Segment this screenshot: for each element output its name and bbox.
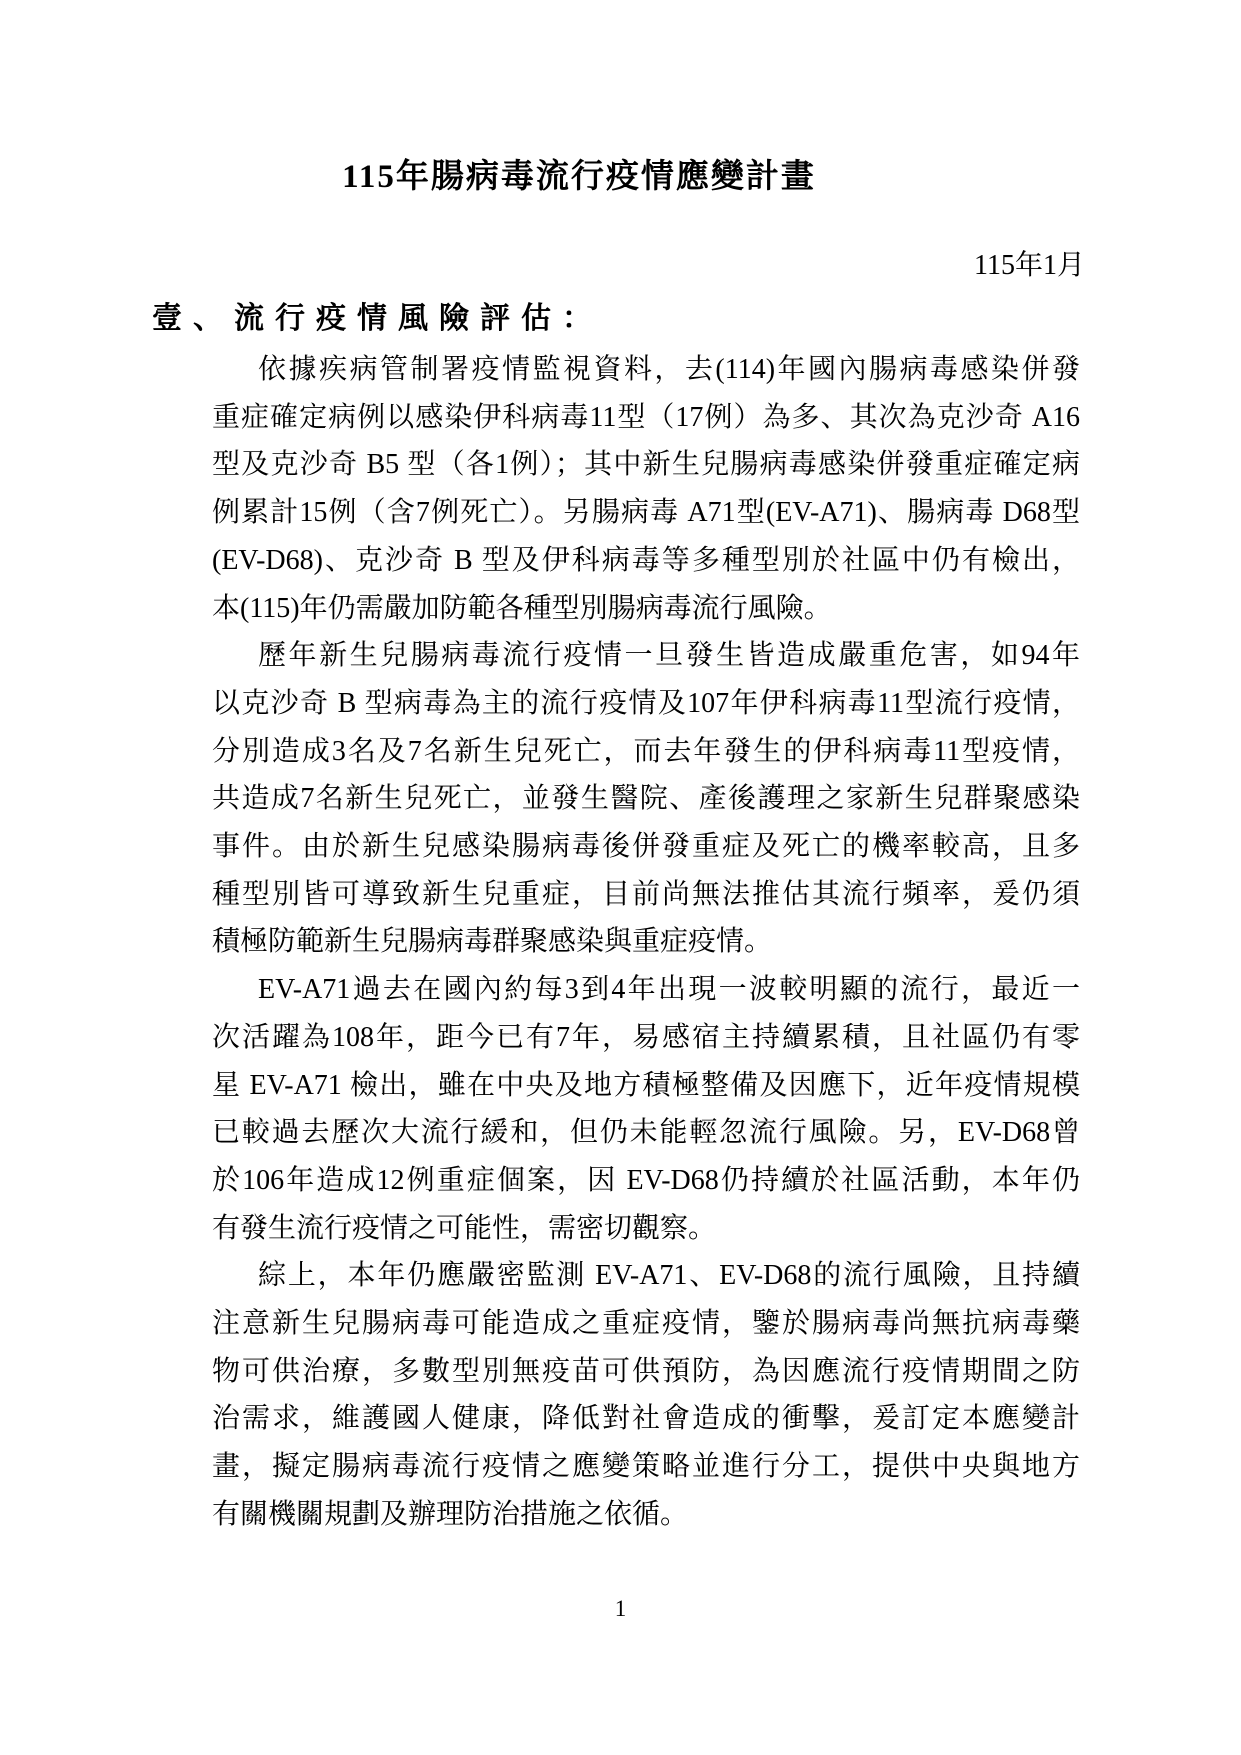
body-line: 型及克沙奇 B5 型（各1例）；其中新生兒腸病毒感染併發重症確定病 <box>212 441 1080 489</box>
paragraph: 綜上，本年仍應嚴密監測 EV-A71、EV-D68的流行風險，且持續 注意新生兒… <box>212 1252 1080 1538</box>
body-line: 分別造成3名及7名新生兒死亡，而去年發生的伊科病毒11型疫情， <box>212 728 1080 776</box>
body-line: 重症確定病例以感染伊科病毒11型（17例）為多、其次為克沙奇 A16 <box>212 394 1080 442</box>
section-heading: 壹、流行疫情風險評估： <box>152 293 603 337</box>
body-line: 次活躍為108年，距今已有7年，易感宿主持續累積，且社區仍有零 <box>212 1014 1080 1062</box>
paragraph: EV-A71過去在國內約每3到4年出現一波較明顯的流行，最近一 次活躍為108年… <box>212 966 1080 1252</box>
body-line: 積極防範新生兒腸病毒群聚感染與重症疫情。 <box>212 918 1080 966</box>
page-number: 1 <box>0 1596 1241 1622</box>
document-body: 依據疾病管制署疫情監視資料，去(114)年國內腸病毒感染併發 重症確定病例以感染… <box>212 346 1080 1539</box>
body-line: 綜上，本年仍應嚴密監測 EV-A71、EV-D68的流行風險，且持續 <box>212 1252 1080 1300</box>
body-line: 治需求，維護國人健康，降低對社會造成的衝擊，爰訂定本應變計 <box>212 1395 1080 1443</box>
body-line: 於106年造成12例重症個案，因 EV-D68仍持續於社區活動，本年仍 <box>212 1157 1080 1205</box>
body-line: 歷年新生兒腸病毒流行疫情一旦發生皆造成嚴重危害，如94年 <box>212 632 1080 680</box>
body-line: 已較過去歷次大流行緩和，但仍未能輕忽流行風險。另，EV-D68曾 <box>212 1109 1080 1157</box>
body-line: 以克沙奇 B 型病毒為主的流行疫情及107年伊科病毒11型流行疫情， <box>212 680 1080 728</box>
document-date: 115年1月 <box>974 243 1085 283</box>
body-line: 有關機關規劃及辦理防治措施之依循。 <box>212 1491 1080 1539</box>
document-page: 115年腸病毒流行疫情應變計畫 115年1月 壹、流行疫情風險評估： 依據疾病管… <box>0 0 1241 1755</box>
paragraph: 依據疾病管制署疫情監視資料，去(114)年國內腸病毒感染併發 重症確定病例以感染… <box>212 346 1080 632</box>
body-line: 依據疾病管制署疫情監視資料，去(114)年國內腸病毒感染併發 <box>212 346 1080 394</box>
body-line: 畫，擬定腸病毒流行疫情之應變策略並進行分工，提供中央與地方 <box>212 1443 1080 1491</box>
body-line: 種型別皆可導致新生兒重症，目前尚無法推估其流行頻率，爰仍須 <box>212 871 1080 919</box>
page-title: 115年腸病毒流行疫情應變計畫 <box>0 150 1158 197</box>
body-line: 注意新生兒腸病毒可能造成之重症疫情，鑒於腸病毒尚無抗病毒藥 <box>212 1300 1080 1348</box>
body-line: 本(115)年仍需嚴加防範各種型別腸病毒流行風險。 <box>212 585 1080 633</box>
body-line: 有發生流行疫情之可能性，需密切觀察。 <box>212 1205 1080 1253</box>
body-line: 共造成7名新生兒死亡，並發生醫院、產後護理之家新生兒群聚感染 <box>212 775 1080 823</box>
body-line: 事件。由於新生兒感染腸病毒後併發重症及死亡的機率較高，且多 <box>212 823 1080 871</box>
body-line: 物可供治療，多數型別無疫苗可供預防，為因應流行疫情期間之防 <box>212 1348 1080 1396</box>
body-line: 星 EV-A71 檢出，雖在中央及地方積極整備及因應下，近年疫情規模 <box>212 1062 1080 1110</box>
paragraph: 歷年新生兒腸病毒流行疫情一旦發生皆造成嚴重危害，如94年 以克沙奇 B 型病毒為… <box>212 632 1080 966</box>
body-line: EV-A71過去在國內約每3到4年出現一波較明顯的流行，最近一 <box>212 966 1080 1014</box>
body-line: 例累計15例（含7例死亡）。另腸病毒 A71型(EV-A71)、腸病毒 D68型 <box>212 489 1080 537</box>
body-line: (EV-D68)、克沙奇 B 型及伊科病毒等多種型別於社區中仍有檢出， <box>212 537 1080 585</box>
